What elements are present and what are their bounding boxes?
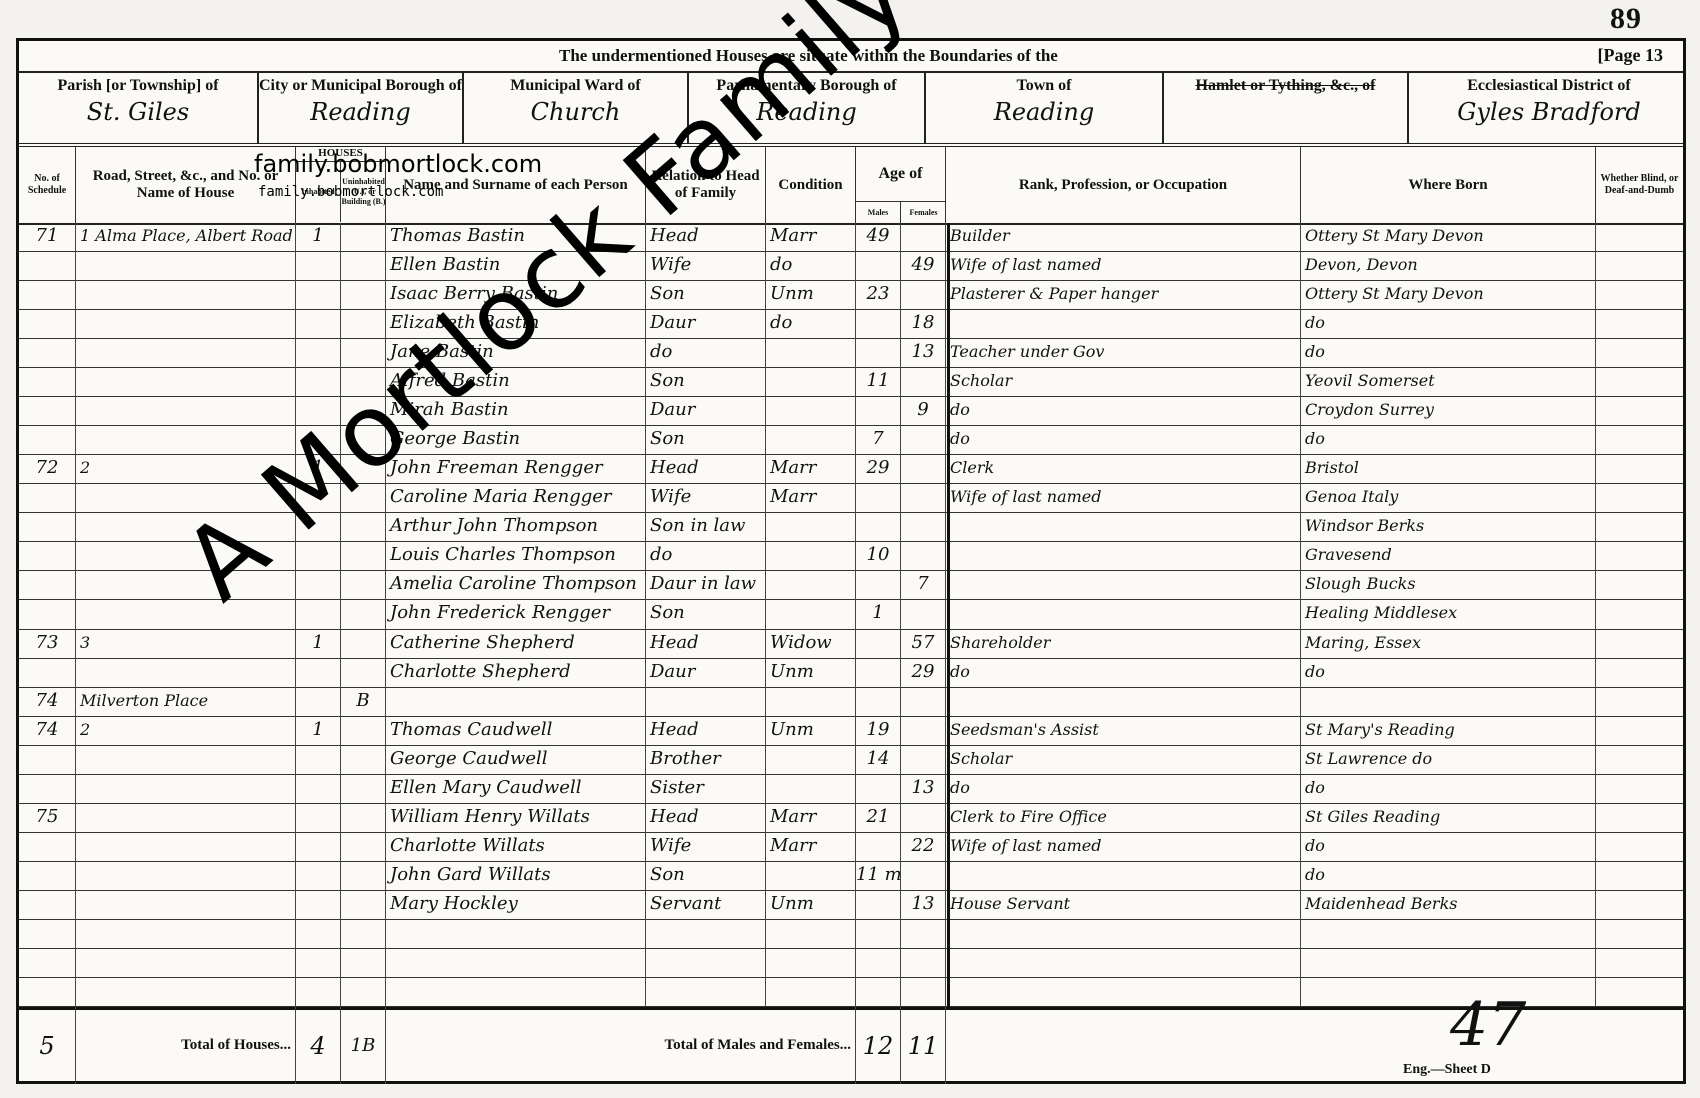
birthplace: do xyxy=(1301,426,1596,455)
watermark-url-small: family.bobmortlock.com xyxy=(258,184,443,200)
place-value: Reading xyxy=(259,98,462,126)
age-divider-line xyxy=(947,223,950,1007)
occupation xyxy=(946,571,1301,600)
occupation: Shareholder xyxy=(946,630,1301,659)
relation-to-head xyxy=(646,978,766,1007)
age-female xyxy=(901,542,946,571)
col-occupation: Rank, Profession, or Occupation xyxy=(946,147,1301,223)
schedule-number xyxy=(19,484,76,513)
road-address xyxy=(76,804,296,833)
occupation: do xyxy=(946,397,1301,426)
birthplace: do xyxy=(1301,339,1596,368)
person-name: Catherine Shepherd xyxy=(386,630,646,659)
schedule-number: 74 xyxy=(19,717,76,746)
person-name xyxy=(386,978,646,1007)
person-name: Charlotte Willats xyxy=(386,833,646,862)
marital-condition: Unm xyxy=(766,659,856,688)
birthplace xyxy=(1301,949,1596,978)
occupation xyxy=(946,978,1301,1007)
relation-to-head: Son in law xyxy=(646,513,766,542)
age-male: 11 mo xyxy=(856,862,901,891)
table-row: Mirah BastinDaur9doCroydon Surrey xyxy=(19,397,1683,426)
marital-condition xyxy=(766,920,856,949)
road-address xyxy=(76,252,296,281)
inhabited-mark xyxy=(296,659,341,688)
age-male xyxy=(856,688,901,717)
marital-condition xyxy=(766,397,856,426)
person-name xyxy=(386,920,646,949)
occupation: Wife of last named xyxy=(946,252,1301,281)
blind-deaf xyxy=(1596,223,1683,252)
age-female xyxy=(901,484,946,513)
watermark-url-large: family.bobmortlock.com xyxy=(254,150,542,178)
uninhabited-mark xyxy=(341,804,386,833)
person-name: Charlotte Shepherd xyxy=(386,659,646,688)
relation-to-head: Wife xyxy=(646,252,766,281)
birthplace: Ottery St Mary Devon xyxy=(1301,223,1596,252)
table-row: George CaudwellBrother14ScholarSt Lawren… xyxy=(19,746,1683,775)
blind-deaf xyxy=(1596,978,1683,1007)
marital-condition xyxy=(766,949,856,978)
blind-deaf xyxy=(1596,281,1683,310)
col-where-born: Where Born xyxy=(1301,147,1596,223)
males-total: 12 xyxy=(863,1032,894,1060)
table-row: John Frederick RenggerSon1Healing Middle… xyxy=(19,600,1683,629)
occupation xyxy=(946,688,1301,717)
schedule-number xyxy=(19,252,76,281)
occupation: Teacher under Gov xyxy=(946,339,1301,368)
relation-to-head: Daur xyxy=(646,310,766,339)
blind-deaf xyxy=(1596,397,1683,426)
schedule-number xyxy=(19,659,76,688)
occupation: Clerk to Fire Office xyxy=(946,804,1301,833)
age-male xyxy=(856,978,901,1007)
schedule-number xyxy=(19,571,76,600)
age-male: 49 xyxy=(856,223,901,252)
birthplace: do xyxy=(1301,659,1596,688)
place-label: Municipal Ward of xyxy=(464,77,687,94)
schedule-number xyxy=(19,310,76,339)
person-name: Thomas Caudwell xyxy=(386,717,646,746)
person-name xyxy=(386,688,646,717)
place-field: Town ofReading xyxy=(926,71,1164,143)
age-male xyxy=(856,513,901,542)
age-male xyxy=(856,571,901,600)
schedule-number xyxy=(19,862,76,891)
age-female: 13 xyxy=(901,891,946,920)
blind-deaf xyxy=(1596,688,1683,717)
blind-deaf xyxy=(1596,310,1683,339)
relation-to-head xyxy=(646,688,766,717)
place-field: Ecclesiastical District ofGyles Bradford xyxy=(1409,71,1689,143)
schedule-number xyxy=(19,600,76,629)
marital-condition xyxy=(766,368,856,397)
birthplace: do xyxy=(1301,310,1596,339)
place-value: Reading xyxy=(926,98,1162,126)
road-address xyxy=(76,949,296,978)
schedule-number xyxy=(19,281,76,310)
table-row: Isaac Berry BastinSonUnm23Plasterer & Pa… xyxy=(19,281,1683,310)
relation-to-head: do xyxy=(646,339,766,368)
place-field: Parish [or Township] ofSt. Giles xyxy=(19,71,259,143)
age-female xyxy=(901,949,946,978)
road-address xyxy=(76,339,296,368)
schedule-number xyxy=(19,746,76,775)
relation-to-head: Son xyxy=(646,862,766,891)
marital-condition: Marr xyxy=(766,804,856,833)
inhabited-mark xyxy=(296,310,341,339)
birthplace xyxy=(1301,920,1596,949)
road-address xyxy=(76,978,296,1007)
occupation: Seedsman's Assist xyxy=(946,717,1301,746)
age-female xyxy=(901,746,946,775)
age-female xyxy=(901,717,946,746)
inhabited-mark xyxy=(296,978,341,1007)
road-address xyxy=(76,600,296,629)
age-female: 22 xyxy=(901,833,946,862)
age-female xyxy=(901,804,946,833)
col-age-group: Age of Males Females xyxy=(856,147,946,223)
uninhabited-mark: B xyxy=(341,688,386,717)
table-row: Elizabeth BastinDaurdo18do xyxy=(19,310,1683,339)
age-male: 10 xyxy=(856,542,901,571)
age-female: 7 xyxy=(901,571,946,600)
females-total: 11 xyxy=(908,1032,939,1060)
occupation: Wife of last named xyxy=(946,484,1301,513)
marital-condition: Marr xyxy=(766,223,856,252)
occupation: do xyxy=(946,775,1301,804)
road-address: 2 xyxy=(76,717,296,746)
inhabited-mark xyxy=(296,571,341,600)
col-condition: Condition xyxy=(766,147,856,223)
uninhabited-mark xyxy=(341,920,386,949)
table-row xyxy=(19,978,1683,1007)
uninhabited-mark xyxy=(341,542,386,571)
marital-condition xyxy=(766,571,856,600)
place-value: St. Giles xyxy=(19,98,257,126)
age-female: 29 xyxy=(901,659,946,688)
uninhabited-mark xyxy=(341,746,386,775)
inhabited-mark xyxy=(296,688,341,717)
uninhabited-mark xyxy=(341,833,386,862)
marital-condition: Marr xyxy=(766,484,856,513)
marital-condition xyxy=(766,978,856,1007)
place-label: Ecclesiastical District of xyxy=(1409,77,1689,94)
blind-deaf xyxy=(1596,717,1683,746)
occupation: Clerk xyxy=(946,455,1301,484)
road-address xyxy=(76,891,296,920)
marital-condition: Marr xyxy=(766,833,856,862)
occupation: do xyxy=(946,426,1301,455)
birthplace: do xyxy=(1301,862,1596,891)
blind-deaf xyxy=(1596,542,1683,571)
relation-to-head: Sister xyxy=(646,775,766,804)
place-label: Town of xyxy=(926,77,1162,94)
inhabited-total: 4 xyxy=(310,1032,325,1060)
age-male xyxy=(856,833,901,862)
schedule-number xyxy=(19,397,76,426)
age-male xyxy=(856,310,901,339)
birthplace: St Mary's Reading xyxy=(1301,717,1596,746)
birthplace: St Lawrence do xyxy=(1301,746,1596,775)
relation-to-head: Servant xyxy=(646,891,766,920)
relation-to-head: Wife xyxy=(646,484,766,513)
road-address xyxy=(76,775,296,804)
occupation: do xyxy=(946,659,1301,688)
age-male xyxy=(856,339,901,368)
table-row: Ellen BastinWifedo49Wife of last namedDe… xyxy=(19,252,1683,281)
marital-condition xyxy=(766,775,856,804)
uninhabited-mark xyxy=(341,862,386,891)
marital-condition xyxy=(766,339,856,368)
road-address xyxy=(76,310,296,339)
age-male: 21 xyxy=(856,804,901,833)
schedule-number xyxy=(19,920,76,949)
relation-to-head: Brother xyxy=(646,746,766,775)
age-female xyxy=(901,223,946,252)
birthplace: Bristol xyxy=(1301,455,1596,484)
inhabited-mark xyxy=(296,891,341,920)
schedule-number xyxy=(19,542,76,571)
marital-condition xyxy=(766,600,856,629)
road-address: 3 xyxy=(76,630,296,659)
birthplace xyxy=(1301,978,1596,1007)
road-address xyxy=(76,281,296,310)
birthplace: Genoa Italy xyxy=(1301,484,1596,513)
birthplace: do xyxy=(1301,833,1596,862)
schedule-count: 5 xyxy=(39,1032,54,1060)
relation-to-head: do xyxy=(646,542,766,571)
age-female xyxy=(901,978,946,1007)
uninhabited-mark xyxy=(341,252,386,281)
uninhabited-mark xyxy=(341,310,386,339)
age-female: 57 xyxy=(901,630,946,659)
blind-deaf xyxy=(1596,920,1683,949)
marital-condition xyxy=(766,426,856,455)
inhabited-mark: 1 xyxy=(296,717,341,746)
age-male xyxy=(856,630,901,659)
road-address: 1 Alma Place, Albert Road xyxy=(76,223,296,252)
road-address xyxy=(76,397,296,426)
birthplace: Ottery St Mary Devon xyxy=(1301,281,1596,310)
occupation: House Servant xyxy=(946,891,1301,920)
marital-condition xyxy=(766,746,856,775)
occupation: Scholar xyxy=(946,368,1301,397)
age-male xyxy=(856,252,901,281)
birthplace: Maring, Essex xyxy=(1301,630,1596,659)
table-row: John Gard WillatsSon11 modo xyxy=(19,862,1683,891)
age-female xyxy=(901,688,946,717)
place-value: Gyles Bradford xyxy=(1409,98,1689,126)
place-label: Parish [or Township] of xyxy=(19,77,257,94)
blind-deaf xyxy=(1596,252,1683,281)
marital-condition: Widow xyxy=(766,630,856,659)
birthplace: Slough Bucks xyxy=(1301,571,1596,600)
blind-deaf xyxy=(1596,775,1683,804)
age-male xyxy=(856,775,901,804)
inhabited-mark xyxy=(296,833,341,862)
age-female: 18 xyxy=(901,310,946,339)
table-row: 74Milverton PlaceB xyxy=(19,688,1683,717)
inhabited-mark xyxy=(296,775,341,804)
age-male xyxy=(856,659,901,688)
age-female xyxy=(901,368,946,397)
place-field: City or Municipal Borough ofReading xyxy=(259,71,464,143)
margin-tally: 47 xyxy=(1450,990,1526,1060)
relation-to-head xyxy=(646,920,766,949)
table-row: Ellen Mary CaudwellSister13dodo xyxy=(19,775,1683,804)
inhabited-mark xyxy=(296,862,341,891)
blind-deaf xyxy=(1596,571,1683,600)
col-females: Females xyxy=(901,202,946,223)
relation-to-head: Daur xyxy=(646,397,766,426)
age-male xyxy=(856,949,901,978)
age-female xyxy=(901,862,946,891)
age-female xyxy=(901,281,946,310)
person-name: William Henry Willats xyxy=(386,804,646,833)
blind-deaf xyxy=(1596,600,1683,629)
age-female: 13 xyxy=(901,775,946,804)
occupation: Scholar xyxy=(946,746,1301,775)
blind-deaf xyxy=(1596,339,1683,368)
relation-to-head: Head xyxy=(646,804,766,833)
age-male: 11 xyxy=(856,368,901,397)
uninhabited-mark xyxy=(341,717,386,746)
person-name: John Gard Willats xyxy=(386,862,646,891)
marital-condition: do xyxy=(766,310,856,339)
marital-condition: Marr xyxy=(766,455,856,484)
birthplace: Gravesend xyxy=(1301,542,1596,571)
table-row: Charlotte WillatsWifeMarr22Wife of last … xyxy=(19,833,1683,862)
person-name: Mary Hockley xyxy=(386,891,646,920)
age-female: 9 xyxy=(901,397,946,426)
relation-to-head: Son xyxy=(646,600,766,629)
blind-deaf xyxy=(1596,659,1683,688)
age-female xyxy=(901,455,946,484)
relation-to-head: Son xyxy=(646,368,766,397)
schedule-number xyxy=(19,339,76,368)
birthplace: do xyxy=(1301,775,1596,804)
occupation xyxy=(946,513,1301,542)
marital-condition: Unm xyxy=(766,717,856,746)
birthplace xyxy=(1301,688,1596,717)
age-male: 29 xyxy=(856,455,901,484)
table-row: 711 Alma Place, Albert Road1Thomas Basti… xyxy=(19,223,1683,252)
age-male: 7 xyxy=(856,426,901,455)
col-schedule: No. of Schedule xyxy=(19,147,76,223)
occupation xyxy=(946,862,1301,891)
inhabited-mark xyxy=(296,804,341,833)
road-address xyxy=(76,659,296,688)
age-female xyxy=(901,426,946,455)
blind-deaf xyxy=(1596,484,1683,513)
blind-deaf xyxy=(1596,833,1683,862)
marital-condition xyxy=(766,688,856,717)
age-female: 49 xyxy=(901,252,946,281)
marital-condition xyxy=(766,862,856,891)
schedule-number xyxy=(19,949,76,978)
age-male xyxy=(856,920,901,949)
marital-condition: do xyxy=(766,252,856,281)
houses-total-label: Total of Houses... xyxy=(181,1037,291,1054)
footer-note: Eng.—Sheet D xyxy=(1403,1062,1491,1078)
person-name: John Frederick Rengger xyxy=(386,600,646,629)
table-row: Charlotte ShepherdDaurUnm29dodo xyxy=(19,659,1683,688)
table-row: 7331Catherine ShepherdHeadWidow57Shareho… xyxy=(19,630,1683,659)
uninhabited-mark xyxy=(341,949,386,978)
marital-condition xyxy=(766,542,856,571)
age-male xyxy=(856,397,901,426)
inhabited-mark xyxy=(296,600,341,629)
occupation xyxy=(946,949,1301,978)
birthplace: St Giles Reading xyxy=(1301,804,1596,833)
birthplace: Yeovil Somerset xyxy=(1301,368,1596,397)
occupation xyxy=(946,310,1301,339)
table-row: Alfred BastinSon11ScholarYeovil Somerset xyxy=(19,368,1683,397)
relation-to-head: Son xyxy=(646,281,766,310)
person-name: Louis Charles Thompson xyxy=(386,542,646,571)
schedule-number xyxy=(19,775,76,804)
table-row xyxy=(19,949,1683,978)
birthplace: Healing Middlesex xyxy=(1301,600,1596,629)
person-name: Caroline Maria Rengger xyxy=(386,484,646,513)
uninhabited-mark xyxy=(341,775,386,804)
place-label: Hamlet or Tything, &c., of xyxy=(1164,77,1407,94)
age-male: 14 xyxy=(856,746,901,775)
relation-to-head: Head xyxy=(646,630,766,659)
folio-number: 89 xyxy=(1610,2,1642,36)
age-female: 13 xyxy=(901,339,946,368)
blind-deaf xyxy=(1596,862,1683,891)
person-name xyxy=(386,949,646,978)
inhabited-mark xyxy=(296,252,341,281)
blind-deaf xyxy=(1596,513,1683,542)
col-males: Males xyxy=(856,202,901,223)
marital-condition xyxy=(766,513,856,542)
inhabited-mark: 1 xyxy=(296,630,341,659)
relation-to-head: Head xyxy=(646,455,766,484)
occupation xyxy=(946,542,1301,571)
relation-to-head: Daur xyxy=(646,659,766,688)
marital-condition: Unm xyxy=(766,281,856,310)
relation-to-head: Wife xyxy=(646,833,766,862)
schedule-number xyxy=(19,368,76,397)
age-male: 19 xyxy=(856,717,901,746)
person-name: Ellen Mary Caudwell xyxy=(386,775,646,804)
inhabited-mark: 1 xyxy=(296,223,341,252)
road-address: Milverton Place xyxy=(76,688,296,717)
table-row: 75William Henry WillatsHeadMarr21Clerk t… xyxy=(19,804,1683,833)
age-male: 1 xyxy=(856,600,901,629)
blind-deaf xyxy=(1596,630,1683,659)
person-name: Arthur John Thompson xyxy=(386,513,646,542)
birthplace: Croydon Surrey xyxy=(1301,397,1596,426)
inhabited-mark xyxy=(296,920,341,949)
blind-deaf xyxy=(1596,368,1683,397)
birthplace: Windsor Berks xyxy=(1301,513,1596,542)
place-field: Hamlet or Tything, &c., of xyxy=(1164,71,1409,143)
road-address xyxy=(76,746,296,775)
table-row: Jane Bastindo13Teacher under Govdo xyxy=(19,339,1683,368)
inhabited-mark xyxy=(296,746,341,775)
page-label: [Page 13 xyxy=(1598,45,1663,66)
uninhabited-mark xyxy=(341,571,386,600)
age-male: 23 xyxy=(856,281,901,310)
uninhabited-mark xyxy=(341,659,386,688)
blind-deaf xyxy=(1596,426,1683,455)
schedule-number: 71 xyxy=(19,223,76,252)
schedule-number xyxy=(19,891,76,920)
